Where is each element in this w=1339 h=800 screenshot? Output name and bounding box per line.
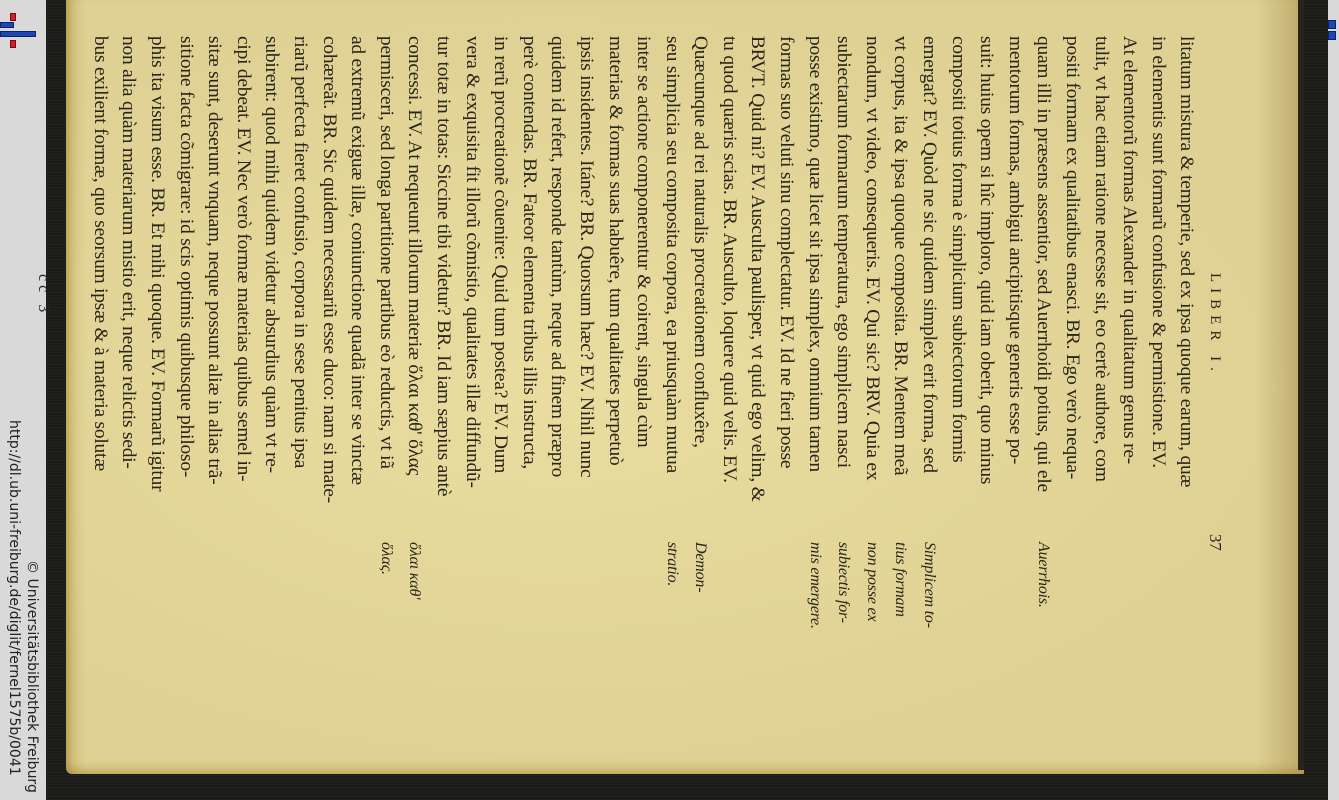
line-text: riarũ perfecta fieret confusio, corpora … [285,36,314,532]
text-line: sitæ sunt, deserunt vnquam, neque possun… [200,36,229,716]
line-text: tulit, vt hac etiam ratione necesse sit,… [1086,36,1115,532]
line-text: compositi totius forma è simplicium subi… [943,36,972,532]
running-head: LIBER I. [1200,273,1229,377]
marginal-note: ὅλαι καθ' [400,542,429,599]
page-number: 37 [1200,534,1229,551]
text-line: seu simplicia seu composita corpora, ea … [657,36,686,716]
text-line: nondum, vt video, consequeris. EV. Qui s… [857,36,886,716]
text-line: suit: huius opem si hîc imploro, quid ia… [972,36,1001,716]
line-text: vera & exquisita fit illorũ cõmistio, qu… [457,36,486,532]
line-text: bus exilient formæ, quo seorsum ipsæ & à… [85,36,114,532]
text-line: compositi totius forma è simplicium subi… [943,36,972,716]
text-line: vera & exquisita fit illorũ cõmistio, qu… [457,36,486,716]
text-line: ipsis insidentes. Itáne? BR. Quorsum hæc… [571,36,600,716]
text-line: in elementis sunt formarũ confusione & p… [1143,36,1172,716]
line-text: ipsis insidentes. Itáne? BR. Quorsum hæc… [571,36,600,532]
marginal-note: mis emergere. [800,542,829,629]
line-text: vt corpus, ita & ipsa quoque composita. … [886,36,915,532]
line-text: formas suo veluti sinu complectatur. EV.… [772,36,801,532]
text-line: tur totæ in totas: Siccine tibi videtur?… [428,36,457,716]
text-line: quidem id refert, responde tantùm, neque… [543,36,572,716]
text-line: At elementorũ formas Alexander in qualit… [1115,36,1144,716]
text-line: BRVT. Quid ni? EV. Ausculta paulisper, v… [743,36,772,716]
line-text: At elementorũ formas Alexander in qualit… [1115,36,1144,532]
text-line: in rerũ procreationẽ cõuenire: Quid tum … [486,36,515,716]
line-text: subirent: quod mihi quidem videtur absur… [257,36,286,532]
marginal-note: Auerrhois. [1029,542,1058,608]
line-text: litatum mistura & temperie, sed ex ipsa … [1172,36,1201,532]
text-line: sitione facta cõmigrare: id scis optimis… [171,36,200,716]
text-line: perè contendas. BR. Fateor elementa trib… [514,36,543,716]
line-text: permisceri, sed longa partitione partibu… [371,36,400,532]
marginal-note: non posse ex [857,542,886,621]
text-line: posse existimo, quæ licet sit ipsa simpl… [800,36,829,716]
line-text: mentorum formas, ambigui ancipitisque ge… [1000,36,1029,532]
text-line: quam illi in præsens assentior, sed Auer… [1029,36,1058,716]
line-text: phis ita visum esse. BR. Et mihi quoque.… [142,36,171,532]
line-text: emergat? EV. Quòd ne sic quidem simplex … [914,36,943,532]
line-text: sitæ sunt, deserunt vnquam, neque possun… [200,36,229,532]
text-line: subiectarum formarum temperatura, ego si… [829,36,858,716]
marginal-note: tius formam [886,542,915,617]
right-logo-mark-icon [1328,31,1336,40]
line-text: inter se actione componerentur & coirent… [629,36,658,532]
right-logo-mark-icon [1328,20,1336,29]
line-text: tur totæ in totas: Siccine tibi videtur?… [428,36,457,532]
page-header: LIBER I. 37 [1200,36,1229,716]
page-footer: cc 3 [25,36,85,716]
text-line: phis ita visum esse. BR. Et mihi quoque.… [142,36,171,716]
line-text: ad extremũ exiguæ illæ, coniunctione qua… [343,36,372,532]
line-text: in rerũ procreationẽ cõuenire: Quid tum … [486,36,515,532]
marginal-note: subiectis for- [829,542,858,623]
text-line: materias & formas suas habuêre, tum qual… [600,36,629,716]
line-text: quidem id refert, responde tantùm, neque… [543,36,572,532]
page-url[interactable]: http://dl.ub.uni-freiburg.de/diglit/fern… [6,420,22,776]
line-text: perè contendas. BR. Fateor elementa trib… [514,36,543,532]
line-text: materias & formas suas habuêre, tum qual… [600,36,629,532]
text-line: cipi debeat. EV. Nec verò formæ materias… [228,36,257,716]
line-text: Quæcunque ad rei naturalis procreationem… [686,36,715,532]
line-text: tu quod quæris scias. BR. Ausculto, loqu… [714,36,743,532]
marginal-note: Simplicem to- [914,542,943,628]
text-line: tulit, vt hac etiam ratione necesse sit,… [1086,36,1115,716]
line-text: cipi debeat. EV. Nec verò formæ materias… [228,36,257,532]
marginal-note: Demon- [686,542,715,592]
marginal-note: ὅλας. [371,542,400,575]
line-text: suit: huius opem si hîc imploro, quid ia… [972,36,1001,532]
line-text: seu simplicia seu composita corpora, ea … [657,36,686,532]
line-text: cohæreãt. BR. Sic quidem necessariũ esse… [314,36,343,532]
viewer-right-strip [1328,0,1339,800]
page-gutter [1298,0,1304,770]
text-lines: litatum mistura & temperie, sed ex ipsa … [85,36,1200,716]
line-text: quam illi in præsens assentior, sed Auer… [1029,36,1058,532]
text-line: cohæreãt. BR. Sic quidem necessariũ esse… [314,36,343,716]
marginal-note: stratio. [657,542,686,586]
text-line: riarũ perfecta fieret confusio, corpora … [285,36,314,716]
text-line: non alia quàm materiarum mistio erit, ne… [114,36,143,716]
line-text: concessi. EV. At nequeunt illorum materi… [400,36,429,532]
text-line: formas suo veluti sinu complectatur. EV.… [772,36,801,716]
line-text: positi formam ex qualitatibus enasci. BR… [1057,36,1086,532]
line-text: in elementis sunt formarũ confusione & p… [1143,36,1172,532]
line-text: sitione facta cõmigrare: id scis optimis… [171,36,200,532]
line-text: nondum, vt video, consequeris. EV. Qui s… [857,36,886,532]
text-line: tu quod quæris scias. BR. Ausculto, loqu… [714,36,743,716]
text-line: Quæcunque ad rei naturalis procreationem… [686,36,715,716]
text-line: ad extremũ exiguæ illæ, coniunctione qua… [343,36,372,716]
text-line: litatum mistura & temperie, sed ex ipsa … [1172,36,1201,716]
text-line: bus exilient formæ, quo seorsum ipsæ & à… [85,36,114,716]
line-text: BRVT. Quid ni? EV. Ausculta paulisper, v… [743,36,772,532]
text-line: subirent: quod mihi quidem videtur absur… [257,36,286,716]
line-text: non alia quàm materiarum mistio erit, ne… [114,36,143,532]
text-line: permisceri, sed longa partitione partibu… [371,36,400,716]
text-line: mentorum formas, ambigui ancipitisque ge… [1000,36,1029,716]
line-text: posse existimo, quæ licet sit ipsa simpl… [800,36,829,532]
text-line: vt corpus, ita & ipsa quoque composita. … [886,36,915,716]
text-line: emergat? EV. Quòd ne sic quidem simplex … [914,36,943,716]
line-text: subiectarum formarum temperatura, ego si… [829,36,858,532]
text-line: inter se actione componerentur & coirent… [629,36,658,716]
text-line: positi formam ex qualitatibus enasci. BR… [1057,36,1086,716]
text-line: concessi. EV. At nequeunt illorum materi… [400,36,429,716]
signature-mark: cc 3 [28,274,57,316]
page-text-block: LIBER I. 37 litatum mistura & temperie, … [25,36,1229,716]
